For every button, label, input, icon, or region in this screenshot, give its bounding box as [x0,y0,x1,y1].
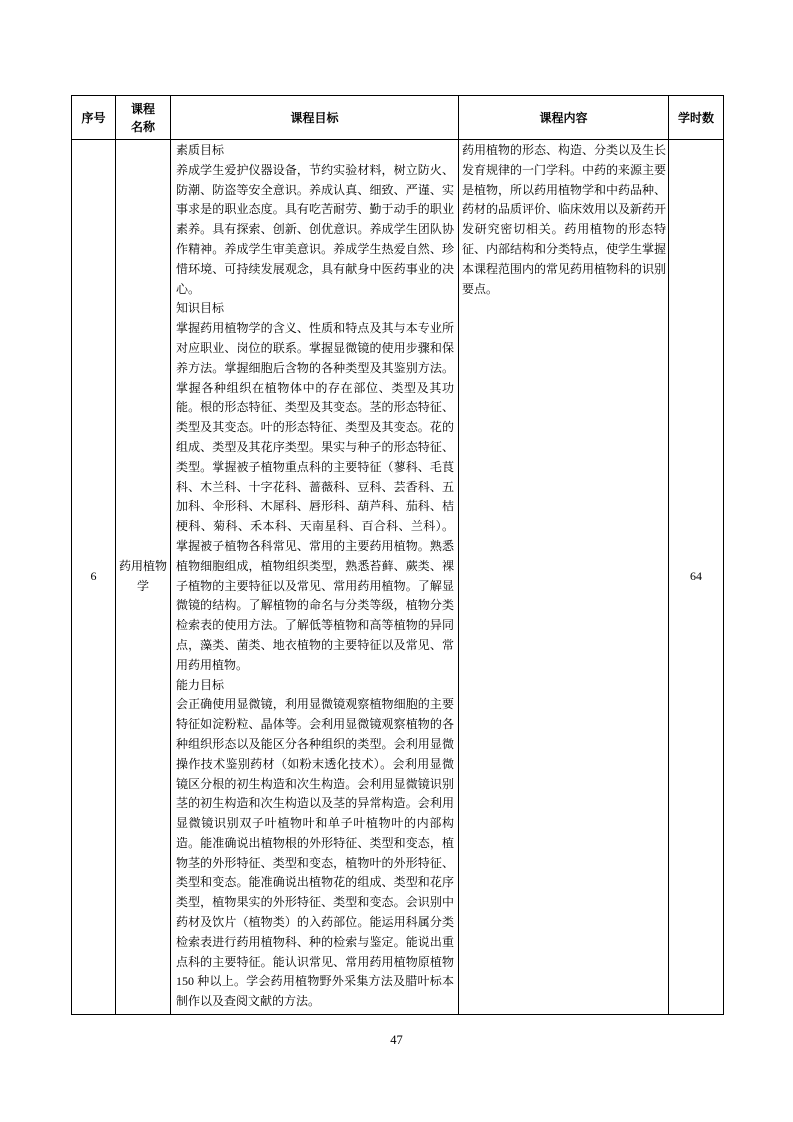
header-course-name-line1: 课程 [131,102,155,116]
document-page: 序号 课程 名称 课程目标 课程内容 学时数 6 药用植物学 素质目标 养成学生… [0,0,793,1122]
header-course-name-line2: 名称 [131,120,155,134]
cell-course-hours: 64 [669,140,724,1015]
objectives-body-quality: 养成学生爱护仪器设备，节约实验材料，树立防火、防潮、防盗等安全意识。养成认真、细… [176,161,454,300]
objectives-heading-quality: 素质目标 [176,141,454,161]
cell-course-objectives: 素质目标 养成学生爱护仪器设备，节约实验材料，树立防火、防潮、防盗等安全意识。养… [171,140,459,1015]
cell-course-name: 药用植物学 [116,140,171,1015]
course-table: 序号 课程 名称 课程目标 课程内容 学时数 6 药用植物学 素质目标 养成学生… [71,95,724,1015]
page-number: 47 [0,1033,793,1048]
course-content-text: 药用植物的形态、构造、分类以及生长发育规律的一门学科。中药的来源主要是植物，所以… [462,141,666,299]
objectives-body-ability: 会正确使用显微镜，利用显微镜观察植物细胞的主要特征如淀粉粒、晶体等。会利用显微镜… [176,695,454,1012]
header-course-name: 课程 名称 [116,96,171,140]
header-content: 课程内容 [459,96,669,140]
cell-course-index: 6 [72,140,116,1015]
objectives-body-knowledge: 掌握药用植物学的含义、性质和特点及其与本专业所对应职业、岗位的联系。掌握显微镜的… [176,319,454,675]
objectives-heading-knowledge: 知识目标 [176,299,454,319]
header-row: 序号 课程 名称 课程目标 课程内容 学时数 [72,96,724,140]
header-index: 序号 [72,96,116,140]
objectives-heading-ability: 能力目标 [176,676,454,696]
header-hours: 学时数 [669,96,724,140]
header-objectives: 课程目标 [171,96,459,140]
cell-course-content: 药用植物的形态、构造、分类以及生长发育规律的一门学科。中药的来源主要是植物，所以… [459,140,669,1015]
course-row: 6 药用植物学 素质目标 养成学生爱护仪器设备，节约实验材料，树立防火、防潮、防… [72,140,724,1015]
